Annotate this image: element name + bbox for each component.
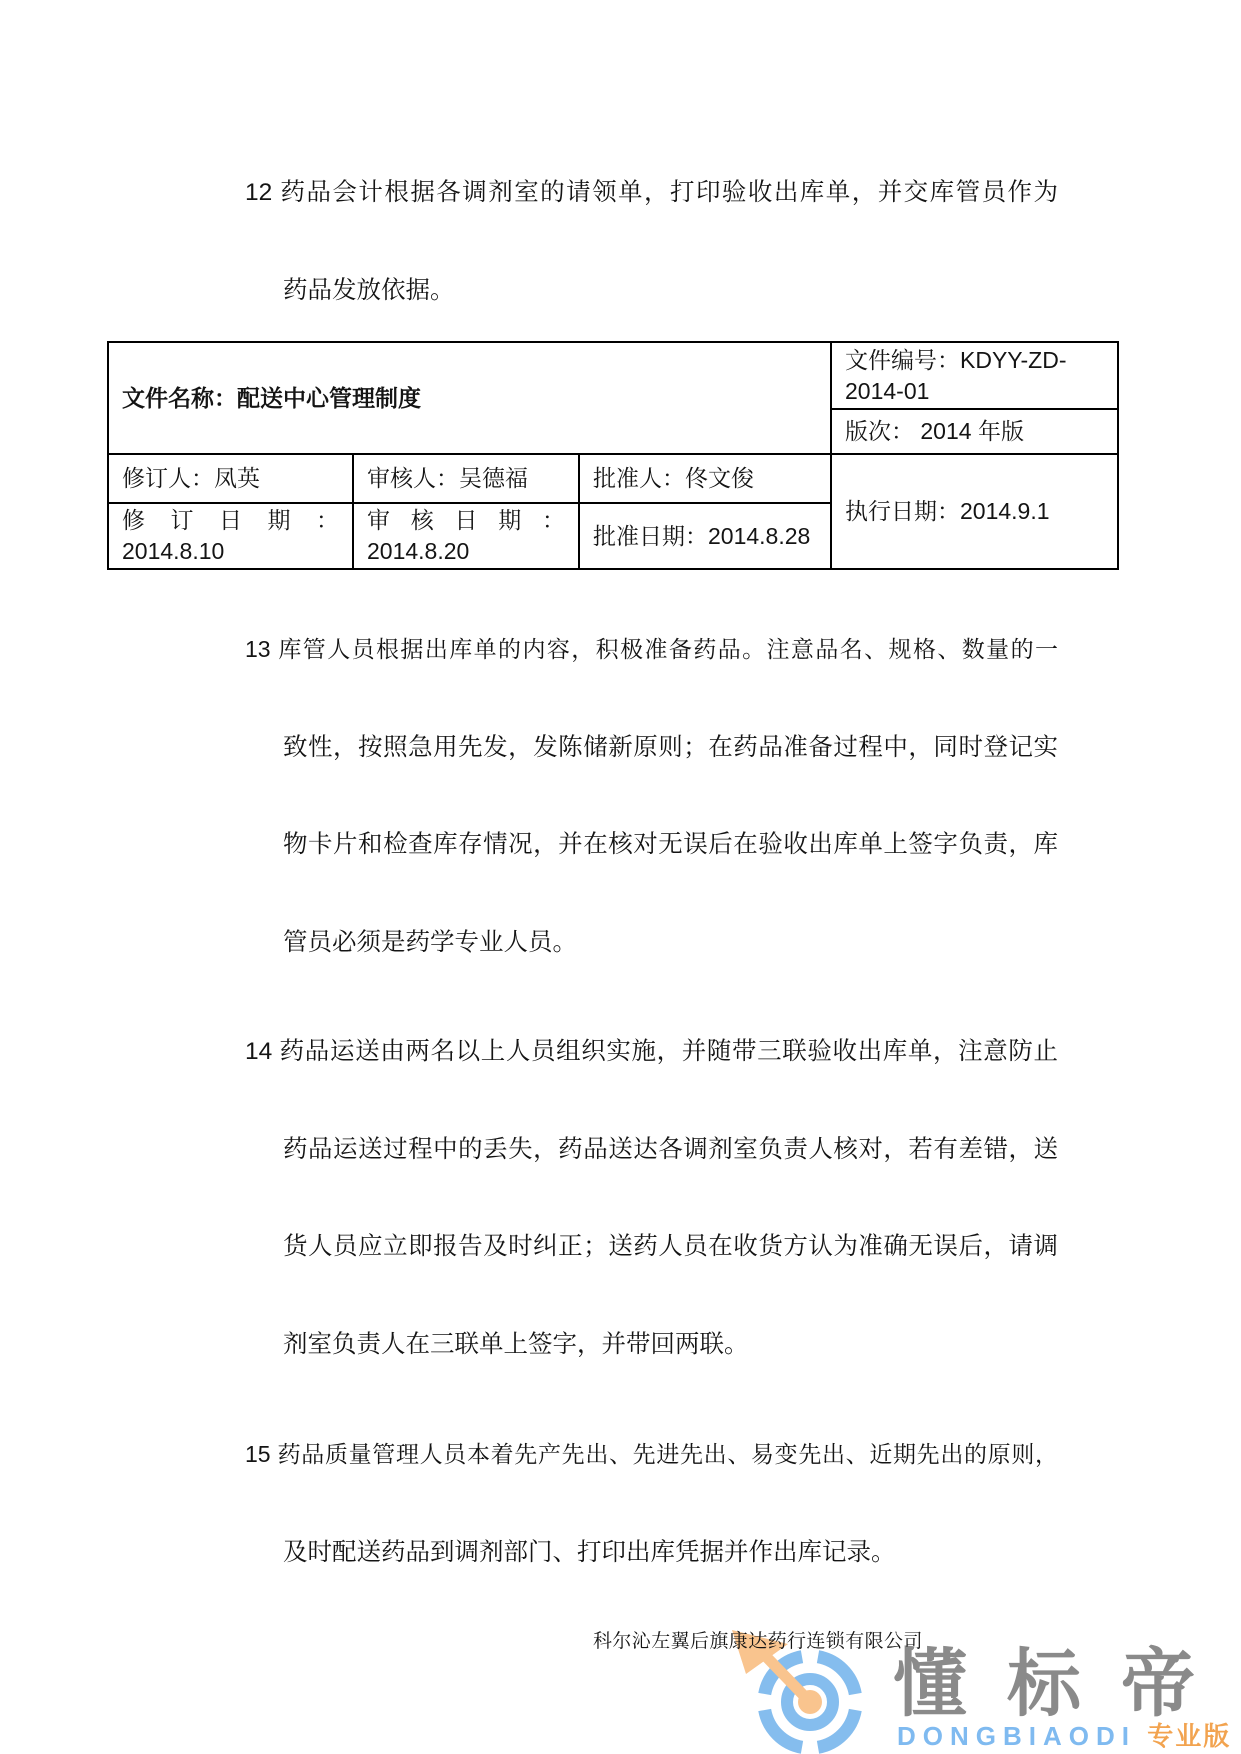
reviser-cell: 修订人：凤英 (108, 454, 353, 503)
revise-date-cell: 修订日期： 2014.8.10 (108, 503, 353, 569)
paragraph-12: 12 药品会计根据各调剂室的请领单，打印验收出库单，并交库管员作为 药品发放依据… (245, 144, 1058, 339)
exec-date-cell: 执行日期：2014.9.1 (831, 454, 1118, 569)
review-date-value: 2014.8.20 (367, 536, 565, 567)
paragraph-14: 14 药品运送由两名以上人员组织实施，并随带三联验收出库单，注意防止 药品运送过… (245, 1003, 1058, 1393)
text-line: 药品发放依据。 (283, 242, 1058, 340)
paragraph-13: 13 库管人员根据出库单的内容，积极准备药品。注意品名、规格、数量的一 致性，按… (245, 601, 1058, 991)
text-line: 物卡片和检查库存情况，并在核对无误后在验收出库单上签字负责，库 (283, 796, 1058, 894)
revise-date-label: 修订日期： (122, 505, 339, 536)
review-date-cell: 审核日期： 2014.8.20 (353, 503, 579, 569)
text-line: 12 药品会计根据各调剂室的请领单，打印验收出库单，并交库管员作为 (245, 144, 1058, 242)
text-line: 及时配送药品到调剂部门、打印出库凭据并作出库记录。 (283, 1504, 1058, 1602)
page-footer-company-name: 科尔沁左翼后旗康达药行连锁有限公司 (593, 1626, 923, 1653)
text-line: 致性，按照急用先发，发陈储新原则；在药品准备过程中，同时登记实 (283, 699, 1058, 797)
document-page: 懂标帝 DONGBIAODI 专业版 12 药品会计根据各调剂室的请领单，打印验… (0, 0, 1241, 1754)
reviewer-cell: 审核人：吴德福 (353, 454, 579, 503)
text-line: 货人员应立即报告及时纠正；送药人员在收货方认为准确无误后，请调 (283, 1198, 1058, 1296)
revise-date-value: 2014.8.10 (122, 536, 339, 567)
text-line: 13 库管人员根据出库单的内容，积极准备药品。注意品名、规格、数量的一 (245, 601, 1058, 699)
text-line: 药品运送过程中的丢失，药品送达各调剂室负责人核对，若有差错，送 (283, 1101, 1058, 1199)
watermark-title: 懂标帝 (893, 1647, 1235, 1721)
version-cell: 版次： 2014 年版 (831, 409, 1118, 454)
approver-cell: 批准人：佟文俊 (579, 454, 831, 503)
doc-no-cell: 文件编号：KDYY-ZD-2014-01 (831, 342, 1118, 409)
watermark-subtitle: DONGBIAODI 专业版 (897, 1723, 1231, 1749)
doc-info-table: 文件名称：配送中心管理制度 文件编号：KDYY-ZD-2014-01 版次： 2… (107, 341, 1119, 570)
approve-date-cell: 批准日期：2014.8.28 (579, 503, 831, 569)
text-line: 15 药品质量管理人员本着先产先出、先进先出、易变先出、近期先出的原则， (245, 1406, 1058, 1504)
doc-name-cell: 文件名称：配送中心管理制度 (108, 342, 831, 454)
review-date-label: 审核日期： (367, 505, 565, 536)
watermark-latin-text: DONGBIAODI (897, 1721, 1136, 1751)
watermark-edition-tag: 专业版 (1147, 1721, 1231, 1751)
text-line: 剂室负责人在三联单上签字，并带回两联。 (283, 1296, 1058, 1394)
text-line: 14 药品运送由两名以上人员组织实施，并随带三联验收出库单，注意防止 (245, 1003, 1058, 1101)
paragraph-15: 15 药品质量管理人员本着先产先出、先进先出、易变先出、近期先出的原则， 及时配… (245, 1406, 1058, 1601)
text-line: 管员必须是药学专业人员。 (283, 894, 1058, 992)
